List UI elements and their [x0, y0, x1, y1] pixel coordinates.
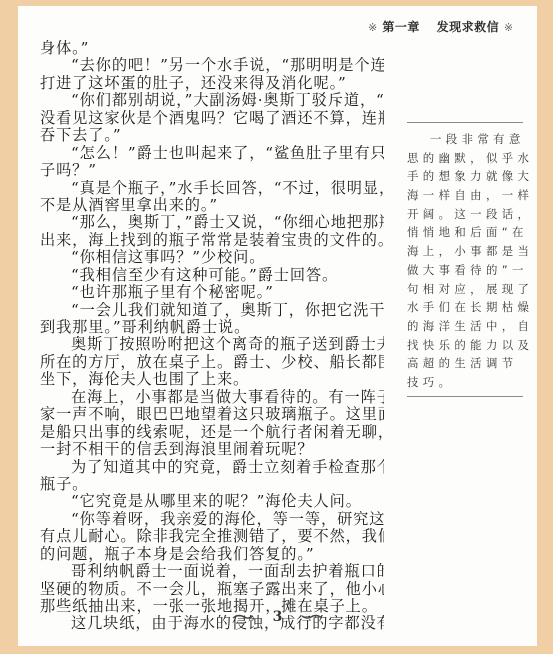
annotation-line: 一段非常有意: [407, 130, 523, 149]
text-line: “它究竟是从哪里来的呢？”海伦夫人问。: [40, 493, 384, 510]
swash-left-icon: [232, 614, 254, 620]
text-line: 身体。”: [40, 40, 384, 57]
annotation-line: 思的幽默，似乎水: [407, 149, 523, 168]
text-line: “你等着呀，我亲爱的海伦，等一等，研究这瓶子要: [40, 511, 384, 528]
text-line: 在海上，小事都是当做大事看待的。有一阵子，大: [40, 389, 384, 406]
text-line: 是船只出事的线索呢，还是一个航行者闲着无聊，写了: [40, 424, 384, 441]
text-line: “怎么！”爵士也叫起来了，“鲨鱼肚子里有只瓶: [40, 145, 384, 162]
text-line: “真是个瓶子，”水手长回答，“不过，很明显，这瓶子: [40, 180, 384, 197]
text-line: “那么，奥斯丁，”爵士又说，“你细心地把那瓶子取: [40, 214, 384, 231]
annotation-line: 开阔。这一段话，: [407, 205, 523, 224]
text-line: 瓶子。: [40, 476, 384, 493]
text-line: 奥斯丁按照吩咐把这个离奇的瓶子送到爵士夫妇: [40, 336, 384, 353]
annotation-line: 句相对应，展现了: [407, 280, 523, 299]
text-line: 家一声不响，眼巴巴地望着这只玻璃瓶子。这里面装的: [40, 406, 384, 423]
annotation-line: 海上，小事都是当: [407, 242, 523, 261]
ornament-left-icon: ※: [368, 21, 378, 34]
annotation-bottom-rule: [407, 396, 523, 397]
text-line: 有点儿耐心。除非我完全推测错了，要不然，我们所提: [40, 528, 384, 545]
page-footer: 3: [18, 609, 537, 625]
text-line: 出来，海上找到的瓶子常常是装着宝贵的文件的。”: [40, 232, 384, 249]
side-annotation: 一段非常有意思的幽默，似乎水手的想象力就像大海一样自由，一样开阔。这一段话，悄悄…: [407, 122, 523, 397]
annotation-line: 高超的生活调节: [407, 354, 523, 373]
text-line: “你相信这事吗？”少校问。: [40, 249, 384, 266]
text-line: 为了知道其中的究竟，爵士立刻着手检查那个: [40, 459, 384, 476]
text-line: 子吗？”: [40, 162, 384, 179]
chapter-title: 发现求救信: [437, 20, 500, 34]
text-line: “一会儿我们就知道了，奥斯丁，你把它洗干净后送: [40, 302, 384, 319]
text-line: “也许那瓶子里有个秘密呢。”: [40, 284, 384, 301]
main-text-column: 身体。”“去你的吧！”另一个水手说，“那明明是个连环弹，打进了这坏蛋的肚子，还没…: [40, 40, 384, 633]
page-number: 3: [273, 609, 283, 625]
ornament-right-icon: ※: [504, 21, 514, 34]
text-line: 吞下去了。”: [40, 127, 384, 144]
swash-right-icon: [301, 614, 323, 620]
text-line: 到我那里。”哥利纳帆爵士说。: [40, 319, 384, 336]
annotation-line: 海一样自由，一样: [407, 186, 523, 205]
chapter-number: 第一章: [382, 20, 420, 34]
annotation-line: 做大事看待的”一: [407, 261, 523, 280]
text-line: 没看见这家伙是个酒鬼吗？它喝了酒还不算，连瓶子都: [40, 110, 384, 127]
annotation-line: 手的想象力就像大: [407, 167, 523, 186]
book-page: ※ 第一章 发现求救信 ※ 身体。”“去你的吧！”另一个水手说，“那明明是个连环…: [18, 6, 537, 646]
text-line: 不是从酒窖里拿出来的。”: [40, 197, 384, 214]
text-line: 一封不相干的信丢到海浪里闹着玩呢？: [40, 441, 384, 458]
text-line: 哥利纳帆爵士一面说着，一面刮去护着瓶口的那层: [40, 563, 384, 580]
text-line: 坐下，海伦夫人也围了上来。: [40, 371, 384, 388]
annotation-text: 一段非常有意思的幽默，似乎水手的想象力就像大海一样自由，一样开阔。这一段话，悄悄…: [407, 123, 523, 396]
annotation-line: 技巧。: [407, 373, 523, 392]
text-line: 打进了这坏蛋的肚子，还没来得及消化呢。”: [40, 75, 384, 92]
annotation-line: 的海洋生活中，自: [407, 317, 523, 336]
text-line: 所在的方厅，放在桌子上。爵士、少校、船长都围着桌子: [40, 354, 384, 371]
text-line: 的问题，瓶子本身是会给我们答复的。”: [40, 546, 384, 563]
text-line: “我相信至少有这种可能。”爵士回答。: [40, 267, 384, 284]
text-line: “你们都别胡说，”大副汤姆·奥斯丁驳斥道，“你们: [40, 92, 384, 109]
text-line: “去你的吧！”另一个水手说，“那明明是个连环弹，: [40, 57, 384, 74]
running-header: ※ 第一章 发现求救信 ※: [368, 18, 533, 35]
annotation-line: 水手们在长期枯燥: [407, 298, 523, 317]
annotation-line: 找快乐的能力以及: [407, 336, 523, 355]
annotation-line: 悄悄地和后面“在: [407, 223, 523, 242]
text-line: 坚硬的物质。不一会儿，瓶塞子露出来了，他小心地把: [40, 581, 384, 598]
